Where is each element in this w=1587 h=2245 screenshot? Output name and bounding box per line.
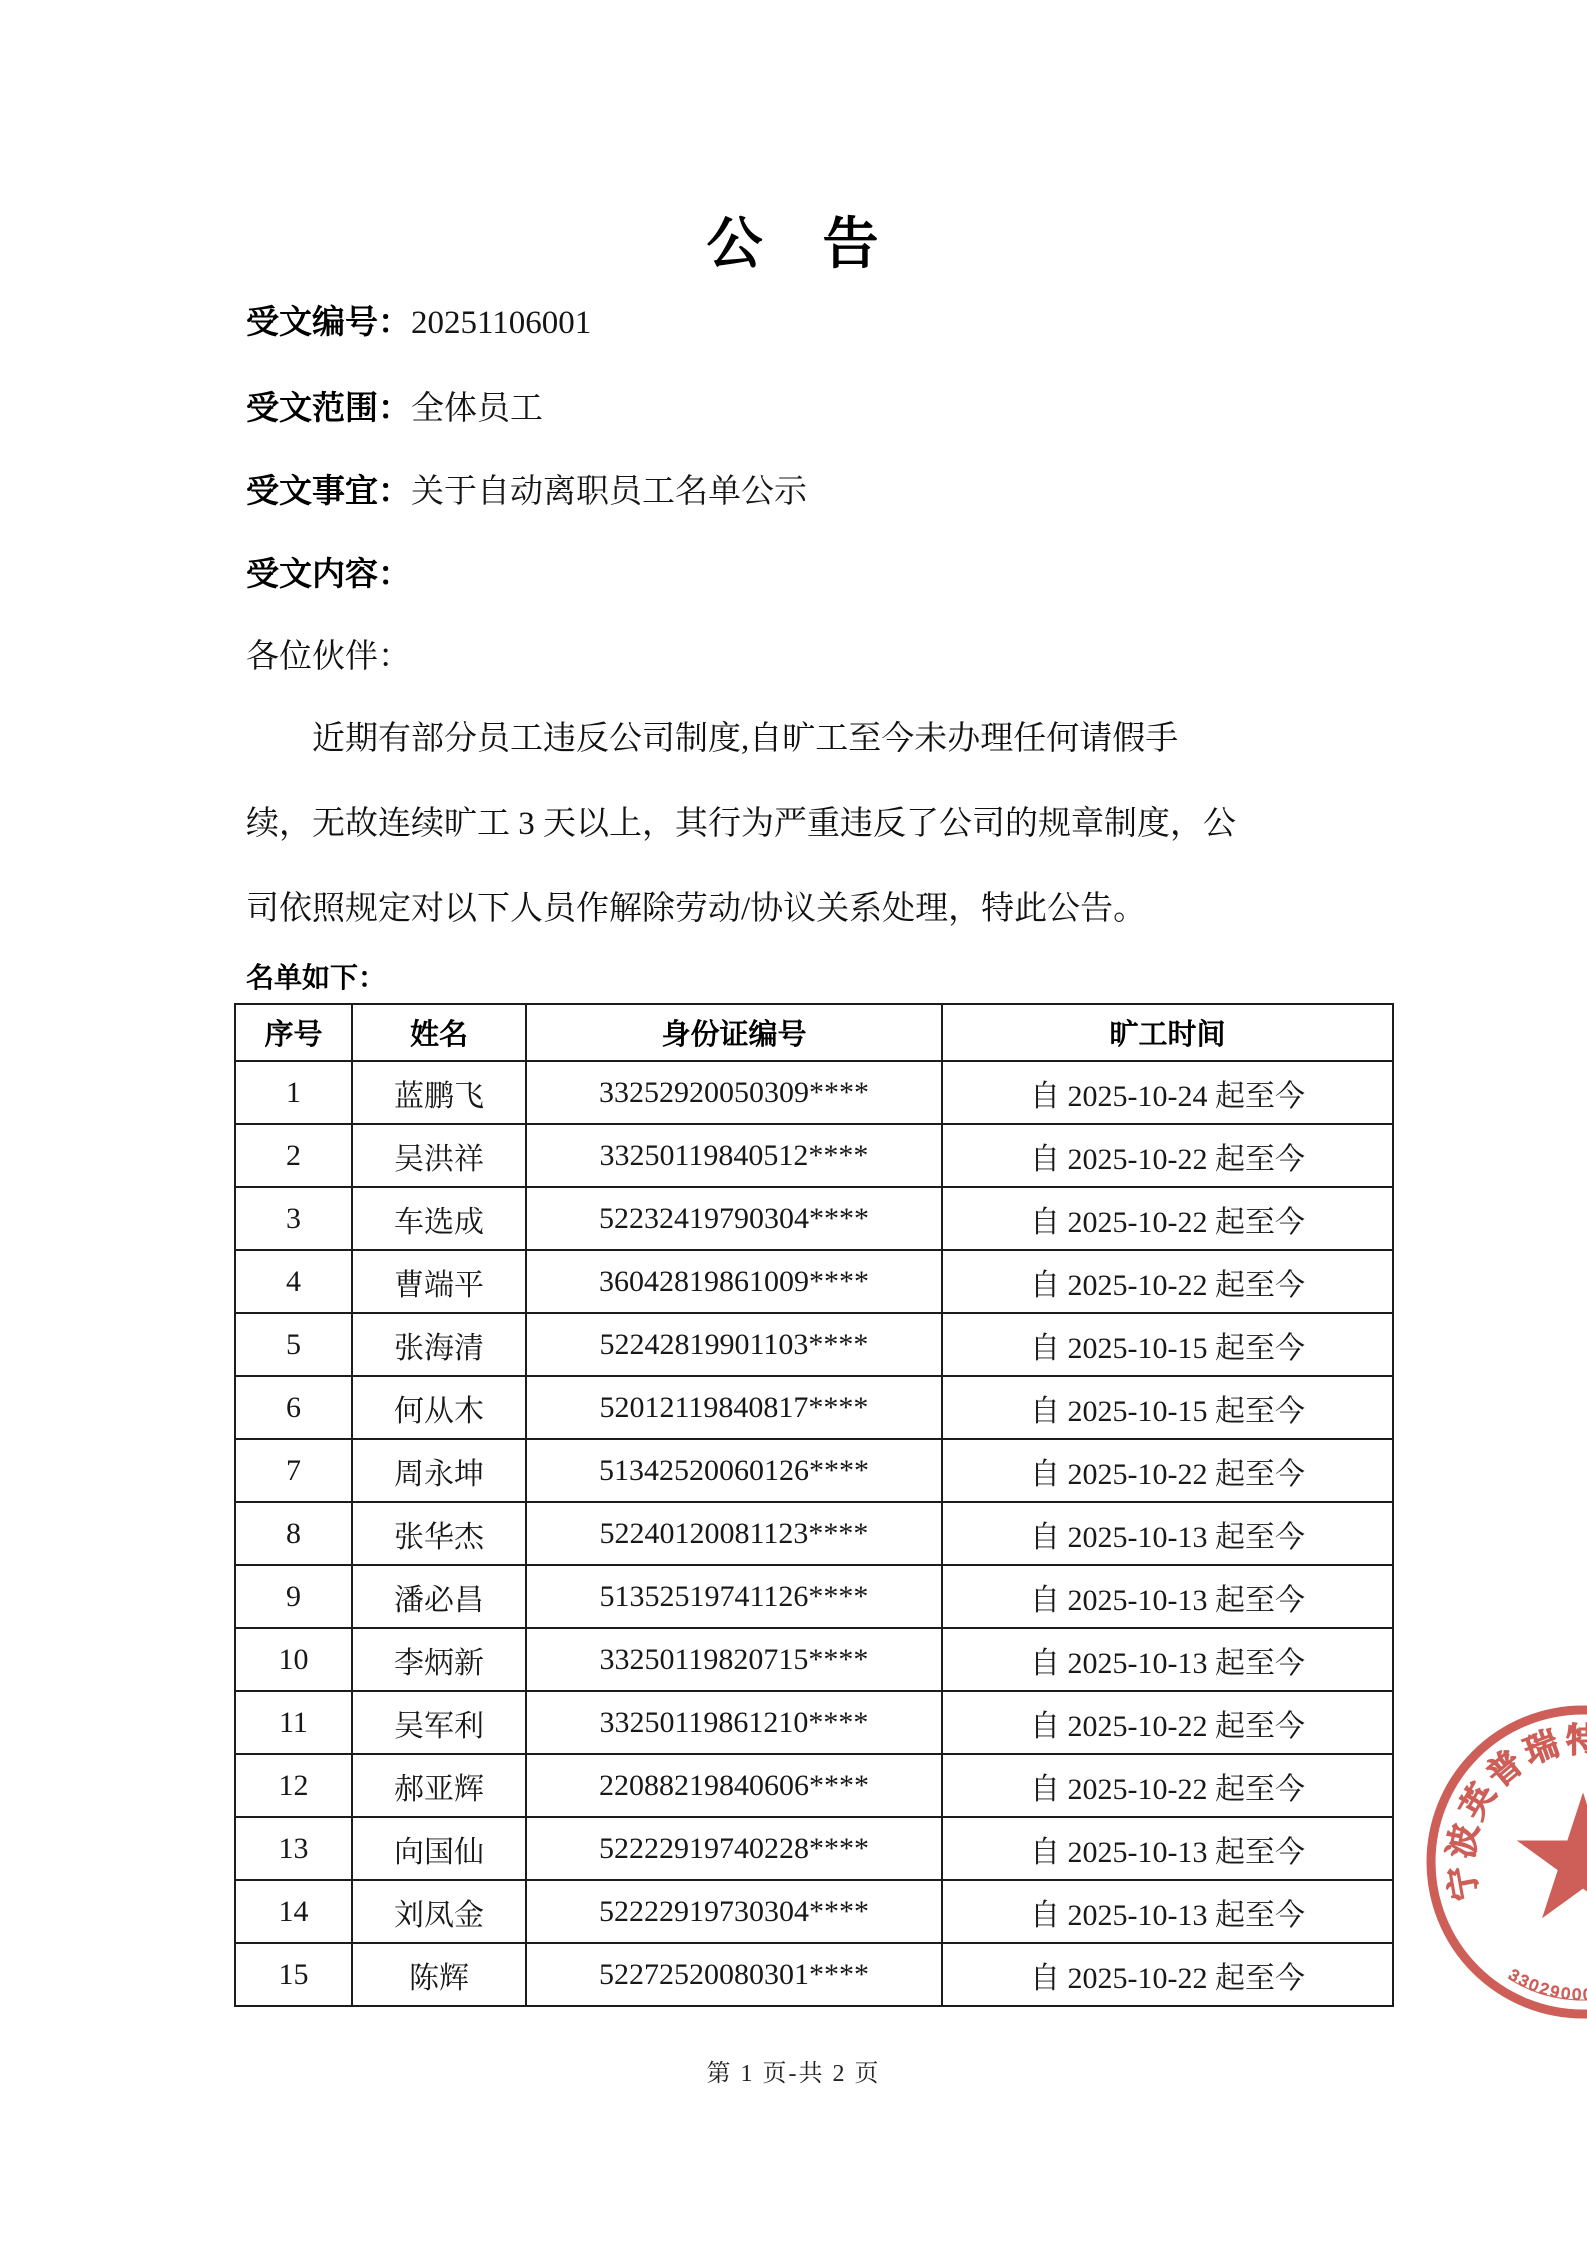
page-number: 第 1 页-共 2 页 <box>0 2053 1587 2088</box>
table-row: 15陈辉52272520080301****自 2025-10-22 起至今 <box>235 1943 1393 2006</box>
table-row: 8张华杰52240120081123****自 2025-10-13 起至今 <box>235 1502 1393 1565</box>
table-header-row: 序号 姓名 身份证编号 旷工时间 <box>235 1004 1393 1061</box>
cell-id: 33252920050309**** <box>526 1061 942 1124</box>
cell-name: 张华杰 <box>352 1502 526 1565</box>
cell-name: 曹端平 <box>352 1250 526 1313</box>
cell-id: 51342520060126**** <box>526 1439 942 1502</box>
cell-no: 7 <box>235 1439 352 1502</box>
header-no: 序号 <box>235 1004 352 1061</box>
field-doc-content-label: 受文内容： <box>246 557 411 593</box>
cell-no: 4 <box>235 1250 352 1313</box>
cell-period: 自 2025-10-13 起至今 <box>942 1628 1393 1691</box>
cell-id: 52242819901103**** <box>526 1313 942 1376</box>
field-doc-number-label: 受文编号： <box>246 305 411 341</box>
cell-period: 自 2025-10-22 起至今 <box>942 1691 1393 1754</box>
cell-id: 52240120081123**** <box>526 1502 942 1565</box>
cell-name: 蓝鹏飞 <box>352 1061 526 1124</box>
cell-period: 自 2025-10-15 起至今 <box>942 1313 1393 1376</box>
header-absence-period: 旷工时间 <box>942 1004 1393 1061</box>
field-doc-scope: 受文范围：全体员工 <box>246 382 543 429</box>
table-row: 12郝亚辉22088219840606****自 2025-10-22 起至今 <box>235 1754 1393 1817</box>
table-row: 1蓝鹏飞33252920050309****自 2025-10-24 起至今 <box>235 1061 1393 1124</box>
table-row: 14刘凤金52222919730304****自 2025-10-13 起至今 <box>235 1880 1393 1943</box>
cell-period: 自 2025-10-22 起至今 <box>942 1754 1393 1817</box>
field-doc-subject-value: 关于自动离职员工名单公示 <box>411 474 807 510</box>
cell-id: 52272520080301**** <box>526 1943 942 2006</box>
table-row: 11吴军利33250119861210****自 2025-10-22 起至今 <box>235 1691 1393 1754</box>
cell-id: 52232419790304**** <box>526 1187 942 1250</box>
cell-name: 李炳新 <box>352 1628 526 1691</box>
cell-period: 自 2025-10-22 起至今 <box>942 1187 1393 1250</box>
cell-no: 6 <box>235 1376 352 1439</box>
cell-name: 吴军利 <box>352 1691 526 1754</box>
roster-table-body: 1蓝鹏飞33252920050309****自 2025-10-24 起至今2吴… <box>235 1061 1393 2006</box>
body-line-3: 司依照规定对以下人员作解除劳动/协议关系处理，特此公告。 <box>246 882 1256 929</box>
table-row: 6何从木52012119840817****自 2025-10-15 起至今 <box>235 1376 1393 1439</box>
cell-name: 向国仙 <box>352 1817 526 1880</box>
cell-no: 8 <box>235 1502 352 1565</box>
seal-char: 普 <box>1480 1744 1530 1795</box>
cell-id: 51352519741126**** <box>526 1565 942 1628</box>
cell-period: 自 2025-10-22 起至今 <box>942 1943 1393 2006</box>
cell-period: 自 2025-10-22 起至今 <box>942 1124 1393 1187</box>
cell-no: 1 <box>235 1061 352 1124</box>
header-id-number: 身份证编号 <box>526 1004 942 1061</box>
field-doc-number-value: 20251106001 <box>411 305 591 341</box>
table-row: 3车选成52232419790304****自 2025-10-22 起至今 <box>235 1187 1393 1250</box>
cell-name: 吴洪祥 <box>352 1124 526 1187</box>
cell-period: 自 2025-10-13 起至今 <box>942 1817 1393 1880</box>
table-row: 10李炳新33250119820715****自 2025-10-13 起至今 <box>235 1628 1393 1691</box>
cell-id: 52222919740228**** <box>526 1817 942 1880</box>
cell-id: 33250119840512**** <box>526 1124 942 1187</box>
cell-name: 潘必昌 <box>352 1565 526 1628</box>
table-row: 9潘必昌51352519741126****自 2025-10-13 起至今 <box>235 1565 1393 1628</box>
cell-id: 36042819861009**** <box>526 1250 942 1313</box>
table-row: 7周永坤51342520060126****自 2025-10-22 起至今 <box>235 1439 1393 1502</box>
table-row: 13向国仙52222919740228****自 2025-10-13 起至今 <box>235 1817 1393 1880</box>
body-line-1: 近期有部分员工违反公司制度,自旷工至今未办理任何请假手 <box>246 712 1256 759</box>
cell-name: 陈辉 <box>352 1943 526 2006</box>
salutation: 各位伙伴： <box>246 630 411 677</box>
cell-no: 15 <box>235 1943 352 2006</box>
cell-no: 10 <box>235 1628 352 1691</box>
cell-id: 52222919730304**** <box>526 1880 942 1943</box>
cell-no: 14 <box>235 1880 352 1943</box>
cell-no: 9 <box>235 1565 352 1628</box>
cell-name: 周永坤 <box>352 1439 526 1502</box>
cell-id: 22088219840606**** <box>526 1754 942 1817</box>
body-line-2: 续，无故连续旷工 3 天以上，其行为严重违反了公司的规章制度，公 <box>246 797 1256 844</box>
cell-period: 自 2025-10-15 起至今 <box>942 1376 1393 1439</box>
cell-name: 何从木 <box>352 1376 526 1439</box>
cell-name: 郝亚辉 <box>352 1754 526 1817</box>
seal-char: 宁 <box>1442 1863 1485 1903</box>
cell-id: 33250119861210**** <box>526 1691 942 1754</box>
field-doc-content: 受文内容： <box>246 548 411 595</box>
cell-no: 12 <box>235 1754 352 1817</box>
seal-char: 特 <box>1566 1722 1587 1760</box>
cell-no: 11 <box>235 1691 352 1754</box>
roster-table: 序号 姓名 身份证编号 旷工时间 1蓝鹏飞33252920050309****自… <box>234 1003 1394 2007</box>
seal-char: 波 <box>1442 1821 1485 1861</box>
cell-id: 33250119820715**** <box>526 1628 942 1691</box>
cell-no: 2 <box>235 1124 352 1187</box>
company-seal-stamp: 宁波英普瑞特 3302900008708 <box>1403 1682 1587 2042</box>
field-doc-number: 受文编号：20251106001 <box>246 296 591 343</box>
cell-period: 自 2025-10-22 起至今 <box>942 1439 1393 1502</box>
field-doc-subject: 受文事宜：关于自动离职员工名单公示 <box>246 465 807 512</box>
cell-period: 自 2025-10-13 起至今 <box>942 1502 1393 1565</box>
cell-no: 5 <box>235 1313 352 1376</box>
seal-char: 瑞 <box>1519 1725 1564 1772</box>
header-name: 姓名 <box>352 1004 526 1061</box>
cell-no: 3 <box>235 1187 352 1250</box>
field-doc-scope-value: 全体员工 <box>411 391 543 427</box>
cell-id: 52012119840817**** <box>526 1376 942 1439</box>
field-doc-scope-label: 受文范围： <box>246 391 411 427</box>
cell-period: 自 2025-10-24 起至今 <box>942 1061 1393 1124</box>
cell-name: 车选成 <box>352 1187 526 1250</box>
cell-period: 自 2025-10-13 起至今 <box>942 1565 1393 1628</box>
table-row: 2吴洪祥33250119840512****自 2025-10-22 起至今 <box>235 1124 1393 1187</box>
seal-star-icon <box>1518 1794 1587 1917</box>
cell-period: 自 2025-10-13 起至今 <box>942 1880 1393 1943</box>
announcement-page: 公 告 受文编号：20251106001 受文范围：全体员工 受文事宜：关于自动… <box>0 0 1587 2245</box>
cell-name: 刘凤金 <box>352 1880 526 1943</box>
roster-list-label: 名单如下： <box>246 956 386 996</box>
table-row: 5张海清52242819901103****自 2025-10-15 起至今 <box>235 1313 1393 1376</box>
field-doc-subject-label: 受文事宜： <box>246 474 411 510</box>
cell-period: 自 2025-10-22 起至今 <box>942 1250 1393 1313</box>
page-title: 公 告 <box>0 200 1587 280</box>
cell-no: 13 <box>235 1817 352 1880</box>
cell-name: 张海清 <box>352 1313 526 1376</box>
table-row: 4曹端平36042819861009****自 2025-10-22 起至今 <box>235 1250 1393 1313</box>
